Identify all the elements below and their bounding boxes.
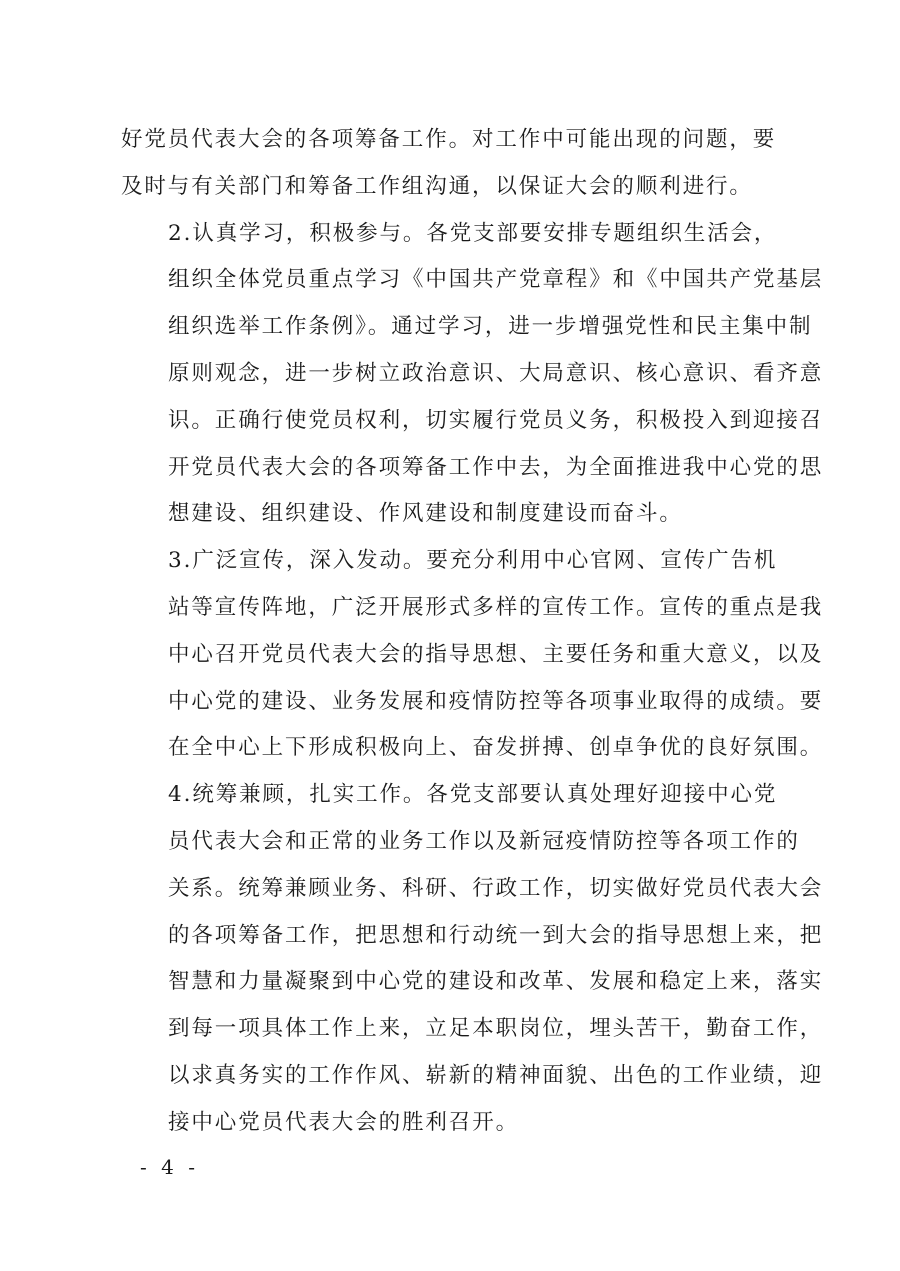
text-line: 关系。统筹兼顾业务、科研、行政工作，切实做好党员代表大会 — [121, 866, 783, 913]
text-line: 中心党的建设、业务发展和疫情防控等各项事业取得的成绩。要 — [121, 679, 783, 726]
text-line: 站等宣传阵地，广泛开展形式多样的宣传工作。宣传的重点是我 — [121, 585, 783, 632]
paragraph-continuation: 好党员代表大会的各项筹备工作。对工作中可能出现的问题，要 及时与有关部门和筹备工… — [121, 117, 783, 211]
text-line: 3.广泛宣传，深入发动。要充分利用中心官网、宣传广告机 — [121, 538, 783, 585]
text-line: 4.统筹兼顾，扎实工作。各党支部要认真处理好迎接中心党 — [121, 772, 783, 819]
text-line: 在全中心上下形成积极向上、奋发拼搏、创卓争优的良好氛围。 — [121, 725, 783, 772]
text-line: 员代表大会和正常的业务工作以及新冠疫情防控等各项工作的 — [121, 819, 783, 866]
text-line: 2.认真学习，积极参与。各党支部要安排专题组织生活会， — [121, 211, 783, 258]
text-line: 开党员代表大会的各项筹备工作中去，为全面推进我中心党的思 — [121, 445, 783, 492]
document-page: 好党员代表大会的各项筹备工作。对工作中可能出现的问题，要 及时与有关部门和筹备工… — [0, 0, 900, 1271]
text-line: 组织全体党员重点学习《中国共产党章程》和《中国共产党基层 — [121, 257, 783, 304]
text-line: 到每一项具体工作上来，立足本职岗位，埋头苦干，勤奋工作， — [121, 1006, 783, 1053]
text-line: 识。正确行使党员权利，切实履行党员义务，积极投入到迎接召 — [121, 398, 783, 445]
text-line: 好党员代表大会的各项筹备工作。对工作中可能出现的问题，要 — [121, 117, 783, 164]
paragraph-item-2: 2.认真学习，积极参与。各党支部要安排专题组织生活会， 组织全体党员重点学习《中… — [121, 211, 783, 539]
document-body: 好党员代表大会的各项筹备工作。对工作中可能出现的问题，要 及时与有关部门和筹备工… — [121, 117, 783, 1147]
paragraph-item-3: 3.广泛宣传，深入发动。要充分利用中心官网、宣传广告机 站等宣传阵地，广泛开展形… — [121, 538, 783, 772]
text-line: 组织选举工作条例》。通过学习，进一步增强党性和民主集中制 — [121, 304, 783, 351]
text-line: 接中心党员代表大会的胜利召开。 — [121, 1100, 783, 1147]
text-line: 智慧和力量凝聚到中心党的建设和改革、发展和稳定上来，落实 — [121, 959, 783, 1006]
paragraph-item-4: 4.统筹兼顾，扎实工作。各党支部要认真处理好迎接中心党 员代表大会和正常的业务工… — [121, 772, 783, 1146]
text-line: 的各项筹备工作，把思想和行动统一到大会的指导思想上来，把 — [121, 913, 783, 960]
page-number: - 4 - — [140, 1153, 199, 1181]
text-line: 及时与有关部门和筹备工作组沟通，以保证大会的顺利进行。 — [121, 164, 783, 211]
text-line: 原则观念，进一步树立政治意识、大局意识、核心意识、看齐意 — [121, 351, 783, 398]
text-line: 以求真务实的工作作风、崭新的精神面貌、出色的工作业绩，迎 — [121, 1053, 783, 1100]
text-line: 想建设、组织建设、作风建设和制度建设而奋斗。 — [121, 491, 783, 538]
text-line: 中心召开党员代表大会的指导思想、主要任务和重大意义，以及 — [121, 632, 783, 679]
